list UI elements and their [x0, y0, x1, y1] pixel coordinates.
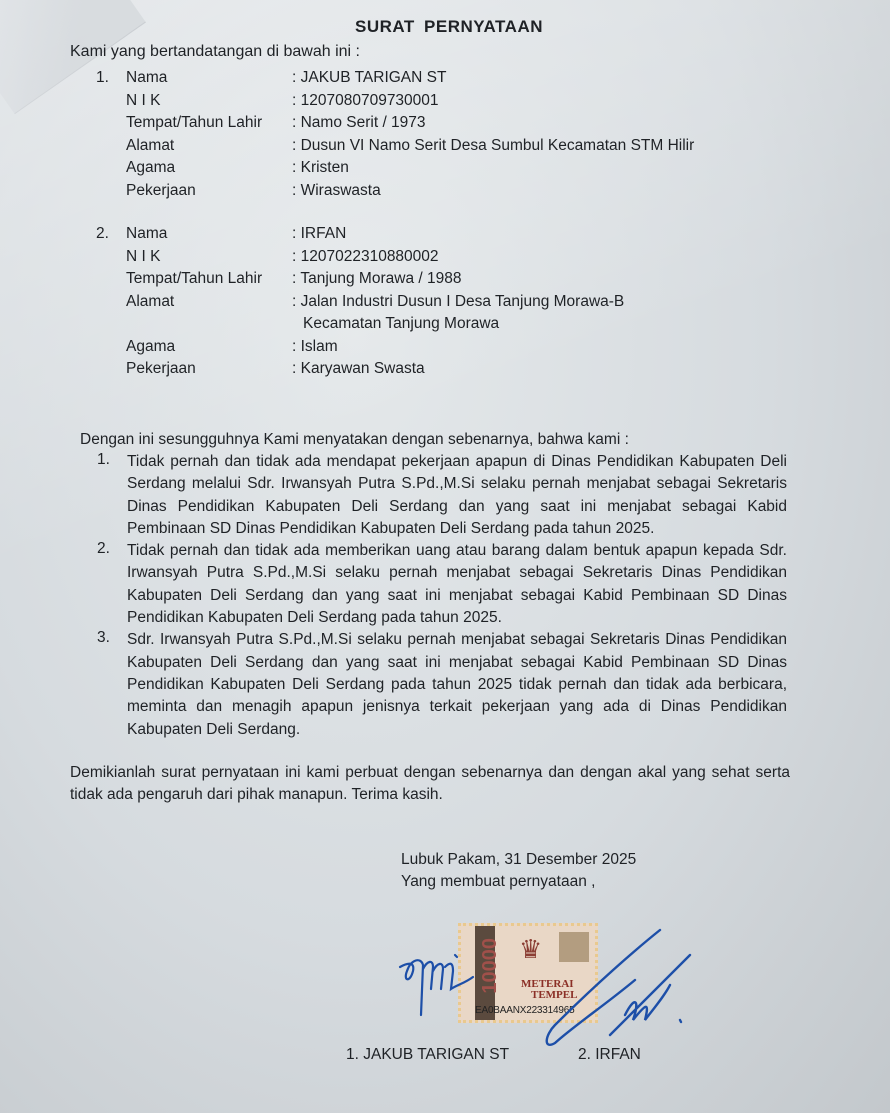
statement-number: 2.: [97, 540, 127, 629]
person-number: 2.: [96, 225, 126, 243]
statement-section: Dengan ini sesungguhnya Kami menyatakan …: [80, 431, 792, 741]
statement-list: 1. Tidak pernah dan tidak ada mendapat p…: [80, 451, 792, 741]
person-number: 1.: [96, 69, 126, 87]
signature-1: [395, 945, 505, 1040]
person-1-block: 1.Nama: JAKUB TARIGAN ST N I K: 12070807…: [96, 69, 694, 204]
statement-item: 3. Sdr. Irwansyah Putra S.Pd.,M.Si selak…: [97, 629, 792, 740]
statement-number: 1.: [97, 451, 127, 540]
statement-text: Sdr. Irwansyah Putra S.Pd.,M.Si selaku p…: [127, 629, 787, 740]
statement-item: 2. Tidak pernah dan tidak ada memberikan…: [97, 540, 792, 629]
address-continuation: Kecamatan Tanjung Morawa: [96, 315, 624, 338]
field-label: Agama: [126, 338, 292, 356]
field-label: N I K: [126, 248, 292, 266]
field-label: Nama: [126, 69, 292, 87]
statement-text: Tidak pernah dan tidak ada memberikan ua…: [127, 540, 787, 629]
field-value: : Dusun VI Namo Serit Desa Sumbul Kecama…: [292, 137, 694, 155]
signer-name-2: 2. IRFAN: [578, 1046, 641, 1064]
field-label: Tempat/Tahun Lahir: [126, 270, 292, 288]
field-label: Alamat: [126, 293, 292, 311]
field-value: : Islam: [292, 338, 338, 356]
intro-text: Kami yang bertandatangan di bawah ini :: [70, 43, 360, 61]
signature-header: Lubuk Pakam, 31 Desember 2025 Yang membu…: [401, 849, 636, 893]
field-label: Agama: [126, 159, 292, 177]
field-label: N I K: [126, 92, 292, 110]
field-value: : IRFAN: [292, 225, 346, 243]
field-value: : Jalan Industri Dusun I Desa Tanjung Mo…: [292, 293, 624, 311]
maker-label: Yang membuat pernyataan ,: [401, 871, 636, 893]
document-page: SURAT PERNYATAAN Kami yang bertandatanga…: [0, 0, 890, 1113]
field-value: : Tanjung Morawa / 1988: [292, 270, 461, 288]
closing-paragraph: Demikianlah surat pernyataan ini kami pe…: [70, 762, 790, 806]
statement-number: 3.: [97, 629, 127, 740]
field-value: : 1207022310880002: [292, 248, 439, 266]
field-label: Pekerjaan: [126, 182, 292, 200]
field-value: : Namo Serit / 1973: [292, 114, 426, 132]
field-value: : Kristen: [292, 159, 349, 177]
field-value: : Wiraswasta: [292, 182, 381, 200]
document-title: SURAT PERNYATAAN: [0, 17, 890, 37]
signature-2: [515, 925, 695, 1060]
field-value: : Karyawan Swasta: [292, 360, 425, 378]
statement-lead: Dengan ini sesungguhnya Kami menyatakan …: [80, 431, 792, 449]
statement-text: Tidak pernah dan tidak ada mendapat peke…: [127, 451, 787, 540]
statement-item: 1. Tidak pernah dan tidak ada mendapat p…: [97, 451, 792, 540]
place-date: Lubuk Pakam, 31 Desember 2025: [401, 849, 636, 871]
field-value: : 1207080709730001: [292, 92, 439, 110]
field-value: : JAKUB TARIGAN ST: [292, 69, 446, 87]
person-2-block: 2.Nama: IRFAN N I K: 1207022310880002 Te…: [96, 225, 624, 383]
field-label: Alamat: [126, 137, 292, 155]
field-label: Nama: [126, 225, 292, 243]
field-label: Pekerjaan: [126, 360, 292, 378]
signer-name-1: 1. JAKUB TARIGAN ST: [346, 1046, 509, 1064]
field-label: Tempat/Tahun Lahir: [126, 114, 292, 132]
